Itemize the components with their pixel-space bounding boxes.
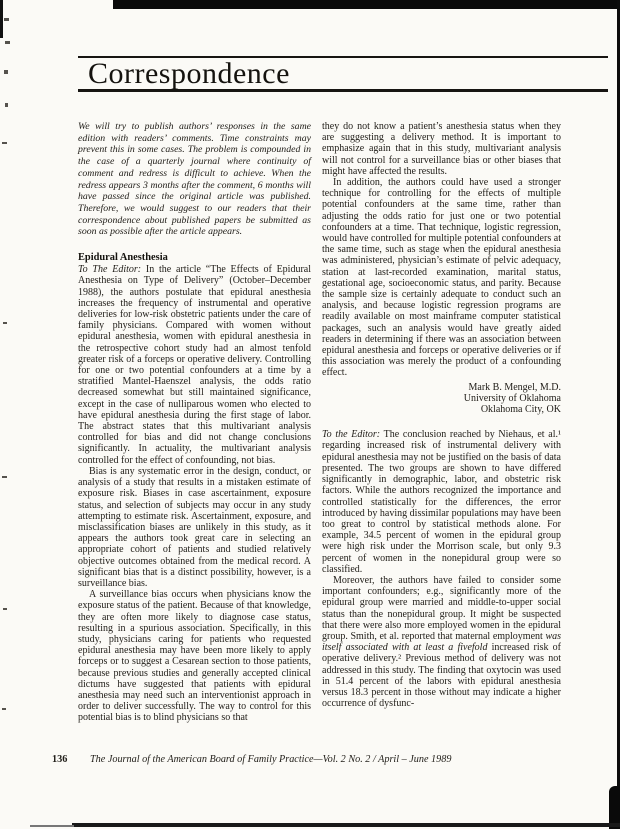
letter1-heading: Epidural Anesthesia [78,252,311,263]
letter2-paragraph-2-text-a: Moreover, the authors have failed to con… [322,575,561,642]
scan-speck [3,322,7,324]
letter1-paragraph-3: A surveillance bias occurs when physicia… [78,589,311,723]
scan-speck [5,103,8,107]
scan-speck [2,476,7,478]
signature-name: Mark B. Mengel, M.D. [469,382,562,393]
letter2-paragraph-1: To the Editor: The conclusion reached by… [322,429,561,575]
editor-intro-paragraph: We will try to publish authors’ response… [78,121,311,238]
right-column: they do not know a patient’s anesthesia … [322,121,561,709]
letter2-paragraph-1-text: The conclusion reached by Niehaus, et al… [322,429,561,574]
signature-location: Oklahoma City, OK [481,404,561,415]
journal-page: Correspondence We will try to publish au… [0,0,620,829]
page-title: Correspondence [88,59,290,89]
letter2-paragraph-2: Moreover, the authors have failed to con… [322,575,561,709]
scan-speck [4,70,8,74]
letter1-paragraph-1: To The Editor: In the article “The Effec… [78,264,311,466]
letter1-paragraph-3-continued: they do not know a patient’s anesthesia … [322,121,561,177]
letter1-salutation: To The Editor: [78,264,141,275]
letter1-paragraph-4: In addition, the authors could have used… [322,177,561,379]
signature-affiliation: University of Oklahoma [464,393,561,404]
scan-bottom-border [72,823,620,827]
scan-speck [2,142,7,144]
footer-journal-line: The Journal of the American Board of Fam… [90,754,451,765]
letter1-paragraph-2: Bias is any systematic error in the desi… [78,466,311,589]
masthead-rule-bottom [78,89,608,92]
scan-speck [5,41,10,44]
letter2-salutation: To the Editor: [322,429,380,440]
left-column: We will try to publish authors’ response… [78,121,311,724]
scan-speck [2,708,6,710]
scan-speck [3,608,7,610]
page-number: 136 [52,754,67,765]
scan-speck [4,18,9,21]
scan-bottom-border-faint [30,825,74,827]
letter1-paragraph-1-text: In the article “The Effects of Epidural … [78,264,311,465]
scan-top-border [113,0,620,9]
scan-left-edge-mark [0,0,3,38]
letter1-signature: Mark B. Mengel, M.D. University of Oklah… [322,382,561,416]
